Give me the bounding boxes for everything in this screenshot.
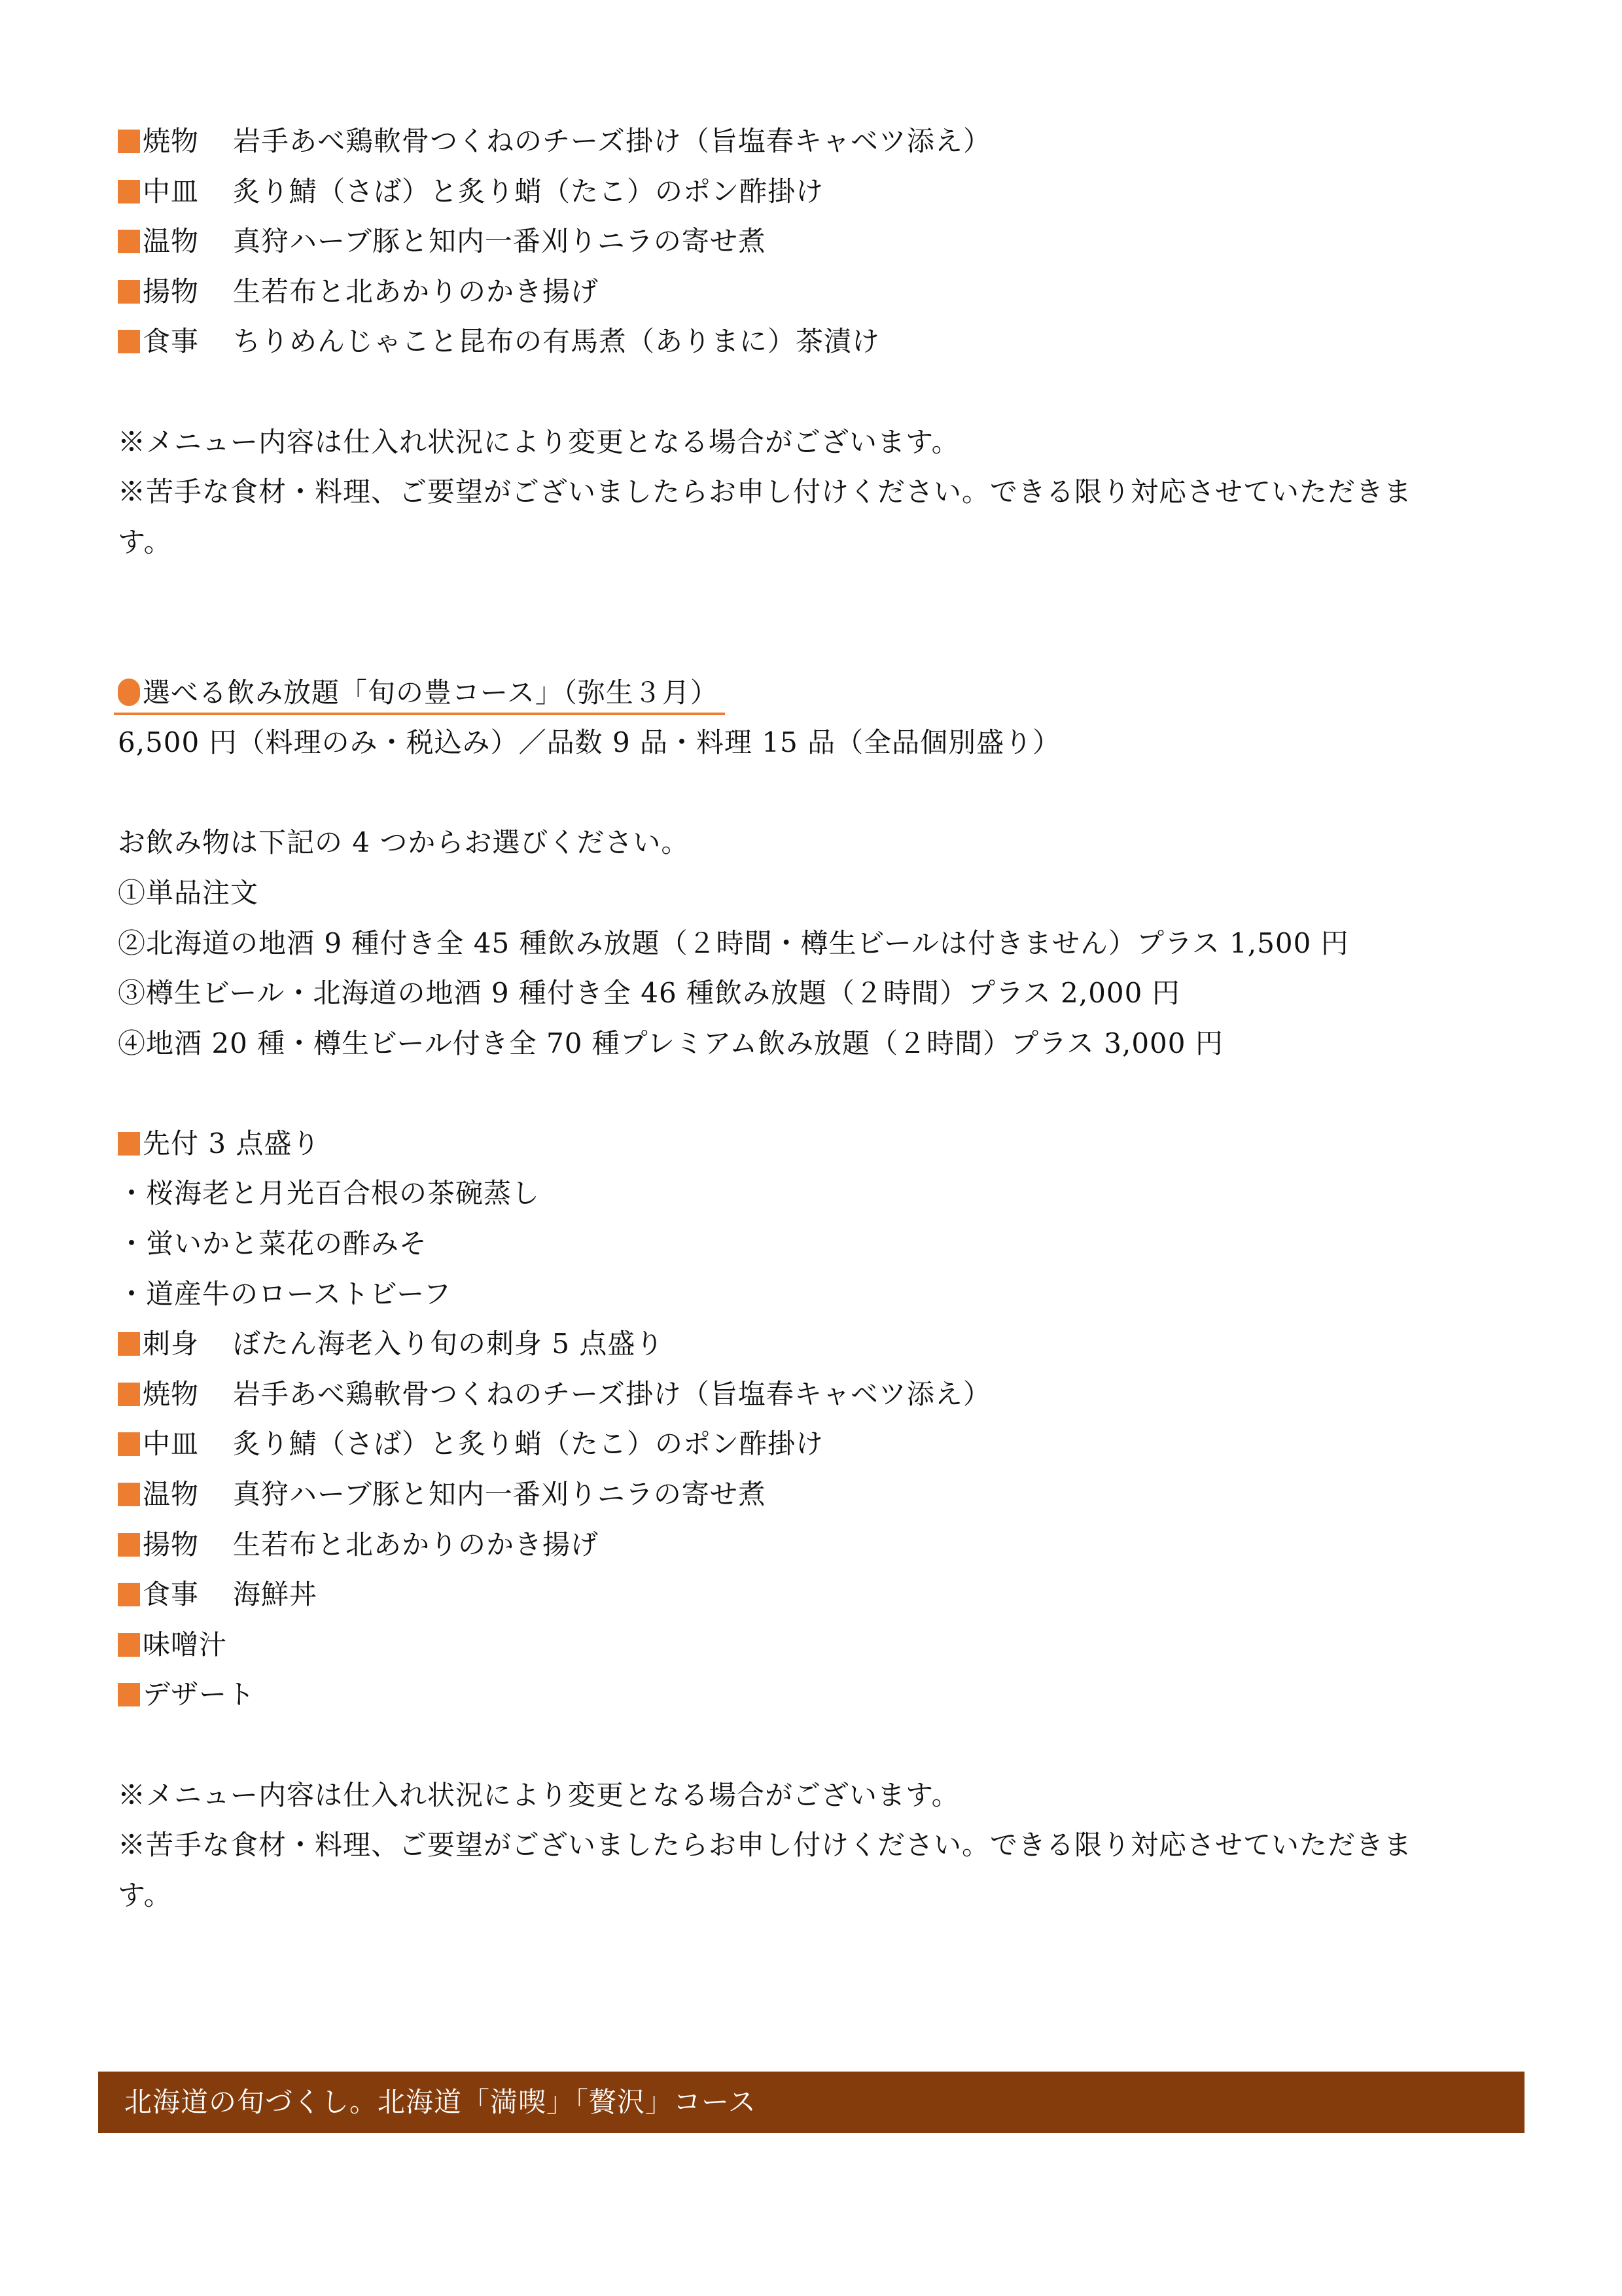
section-banner: 北海道の旬づくし。北海道「満喫」「贅沢」コース — [98, 2072, 1525, 2133]
menu-note: す。 — [118, 518, 1525, 568]
square-bullet-icon — [118, 1332, 140, 1356]
square-bullet-icon — [118, 1583, 140, 1606]
appetizer-title-text: 先付 3 点盛り — [143, 1127, 320, 1159]
drink-option: ①単品注文 — [118, 868, 1525, 919]
menu-dish: 炙り鯖（さば）と炙り蛸（たこ）のポン酢掛け — [233, 1428, 824, 1460]
menu-dish: 真狩ハーブ豚と知内一番刈りニラの寄せ煮 — [233, 225, 766, 257]
menu-item: 温物真狩ハーブ豚と知内一番刈りニラの寄せ煮 — [118, 1470, 1525, 1520]
menu-dish: 生若布と北あかりのかき揚げ — [233, 1528, 599, 1561]
appetizer-item: ・桜海老と月光百合根の茶碗蒸し — [118, 1169, 1525, 1219]
square-bullet-icon — [118, 1633, 140, 1657]
square-bullet-icon — [118, 330, 140, 353]
menu-dish: 真狩ハーブ豚と知内一番刈りニラの寄せ煮 — [233, 1478, 766, 1510]
spacer — [118, 768, 1525, 819]
menu-category: 揚物 — [143, 1520, 233, 1570]
menu-dish: 生若布と北あかりのかき揚げ — [233, 275, 599, 308]
menu-category: 食事 — [143, 317, 233, 367]
menu-category: 温物 — [143, 1470, 233, 1520]
menu-note: ※苦手な食材・料理、ご要望がございましたらお申し付けください。できる限り対応させ… — [118, 467, 1525, 518]
menu-dish: ちりめんじゃこと昆布の有馬煮（ありまに）茶漬け — [233, 325, 880, 357]
menu-item: 温物真狩ハーブ豚と知内一番刈りニラの寄せ煮 — [118, 217, 1525, 267]
menu-item: 焼物岩手あべ鶏軟骨つくねのチーズ掛け（旨塩春キャベツ添え） — [118, 1369, 1525, 1420]
menu-item: 中皿炙り鯖（さば）と炙り蛸（たこ）のポン酢掛け — [118, 167, 1525, 217]
square-bullet-icon — [118, 280, 140, 304]
menu-page: 焼物岩手あべ鶏軟骨つくねのチーズ掛け（旨塩春キャベツ添え） 中皿炙り鯖（さば）と… — [0, 0, 1622, 2296]
menu-dish: 海鮮丼 — [233, 1578, 317, 1610]
drink-option: ④地酒 20 種・樽生ビール付き全 70 種プレミアム飲み放題（２時間）プラス … — [118, 1019, 1525, 1069]
course-price: 6,500 円（料理のみ・税込み）／品数 9 品・料理 15 品（全品個別盛り） — [118, 718, 1525, 768]
menu-category: 中皿 — [143, 1419, 233, 1470]
menu-note: ※苦手な食材・料理、ご要望がございましたらお申し付けください。できる限り対応させ… — [118, 1820, 1525, 1871]
square-bullet-icon — [118, 1432, 140, 1456]
menu-category: 焼物 — [143, 116, 233, 167]
menu-dish: 岩手あべ鶏軟骨つくねのチーズ掛け（旨塩春キャベツ添え） — [233, 1378, 991, 1410]
square-bullet-icon — [118, 1383, 140, 1406]
menu-dish: 炙り鯖（さば）と炙り蛸（たこ）のポン酢掛け — [233, 175, 824, 207]
spacer — [118, 1069, 1525, 1119]
menu-content: 焼物岩手あべ鶏軟骨つくねのチーズ掛け（旨塩春キャベツ添え） 中皿炙り鯖（さば）と… — [118, 116, 1525, 1920]
spacer — [118, 567, 1525, 618]
menu-item: 味噌汁 — [118, 1620, 1525, 1670]
menu-category: 温物 — [143, 217, 233, 267]
menu-item: 食事海鮮丼 — [118, 1570, 1525, 1620]
menu-item: 食事ちりめんじゃこと昆布の有馬煮（ありまに）茶漬け — [118, 317, 1525, 367]
menu-category: デザート — [143, 1678, 255, 1710]
menu-category: 味噌汁 — [143, 1629, 227, 1661]
course-heading: 選べる飲み放題「旬の豊コース」（弥生３月） — [118, 668, 1525, 718]
square-bullet-icon — [118, 180, 140, 203]
drink-option: ②北海道の地酒 9 種付き全 45 種飲み放題（２時間・樽生ビールは付きません）… — [118, 919, 1525, 969]
menu-category: 食事 — [143, 1570, 233, 1620]
square-bullet-icon — [118, 1533, 140, 1557]
square-bullet-icon — [118, 130, 140, 153]
menu-item: 揚物生若布と北あかりのかき揚げ — [118, 1520, 1525, 1570]
course-heading-underlined: 選べる飲み放題「旬の豊コース」（弥生３月） — [118, 668, 718, 718]
menu-item: デザート — [118, 1670, 1525, 1720]
drinks-intro: お飲み物は下記の 4 つからお選びください。 — [118, 818, 1525, 868]
section-banner-title: 北海道の旬づくし。北海道「満喫」「贅沢」コース — [124, 2072, 756, 2133]
circle-bullet-icon — [118, 679, 140, 706]
menu-note: ※メニュー内容は仕入れ状況により変更となる場合がございます。 — [118, 417, 1525, 468]
spacer — [118, 367, 1525, 417]
square-bullet-icon — [118, 1683, 140, 1706]
menu-dish: 岩手あべ鶏軟骨つくねのチーズ掛け（旨塩春キャベツ添え） — [233, 125, 991, 157]
appetizer-item: ・蛍いかと菜花の酢みそ — [118, 1219, 1525, 1269]
menu-item: 刺身ぼたん海老入り旬の刺身 5 点盛り — [118, 1319, 1525, 1369]
menu-note: す。 — [118, 1871, 1525, 1921]
menu-dish: ぼたん海老入り旬の刺身 5 点盛り — [233, 1328, 663, 1360]
spacer — [118, 618, 1525, 668]
drink-option: ③樽生ビール・北海道の地酒 9 種付き全 46 種飲み放題（２時間）プラス 2,… — [118, 968, 1525, 1019]
menu-item: 中皿炙り鯖（さば）と炙り蛸（たこ）のポン酢掛け — [118, 1419, 1525, 1470]
square-bullet-icon — [118, 1132, 140, 1156]
spacer — [118, 1720, 1525, 1771]
square-bullet-icon — [118, 1483, 140, 1506]
menu-category: 焼物 — [143, 1369, 233, 1420]
course-title: 選べる飲み放題「旬の豊コース」（弥生３月） — [143, 677, 718, 709]
appetizer-title: 先付 3 点盛り — [118, 1119, 1525, 1169]
square-bullet-icon — [118, 230, 140, 253]
menu-category: 揚物 — [143, 267, 233, 317]
menu-item: 揚物生若布と北あかりのかき揚げ — [118, 267, 1525, 317]
menu-note: ※メニュー内容は仕入れ状況により変更となる場合がございます。 — [118, 1771, 1525, 1821]
appetizer-item: ・道産牛のローストビーフ — [118, 1269, 1525, 1320]
menu-category: 中皿 — [143, 167, 233, 217]
menu-category: 刺身 — [143, 1319, 233, 1369]
menu-item: 焼物岩手あべ鶏軟骨つくねのチーズ掛け（旨塩春キャベツ添え） — [118, 116, 1525, 167]
